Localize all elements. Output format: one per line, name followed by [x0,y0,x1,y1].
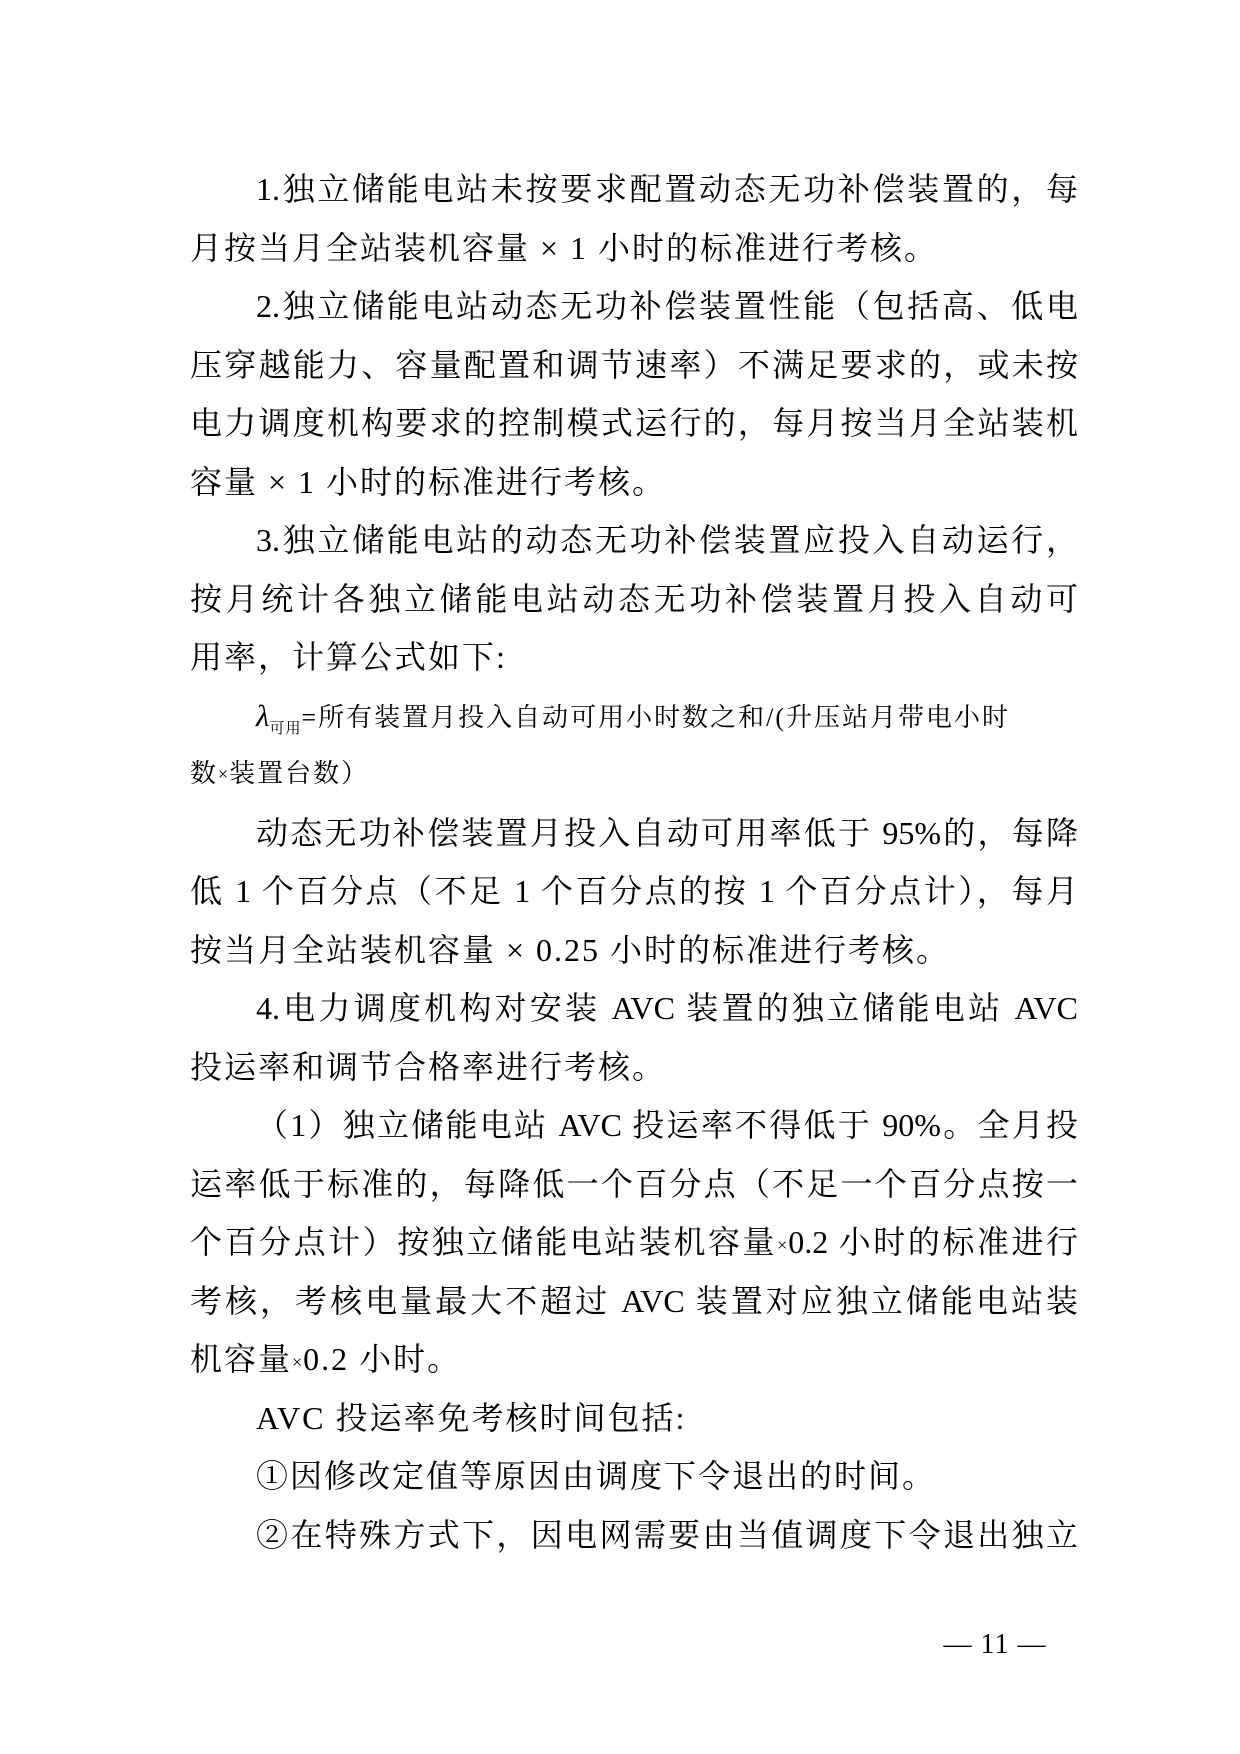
text-line: 2.独立储能电站动态无功补偿装置性能（包括高、低电 [190,283,1078,329]
text-segment: 按当月全站装机容量 × 0.25 小时的标准进行考核。 [190,932,950,968]
text-segment: 动态无功补偿装置月投入自动可用率低于 95%的，每降 [256,815,1078,851]
text-segment: 运率低于标准的，每降低一个百分点（不足一个百分点按一 [190,1166,1078,1202]
text-segment: 0.2 小时的标准进行 [788,1224,1078,1260]
text-line: 机容量×0.2 小时。 [190,1336,1078,1382]
text-line: 考核，考核电量最大不超过 AVC 装置对应独立储能电站装 [190,1278,1078,1324]
text-segment: 容量 × 1 小时的标准进行考核。 [190,464,666,500]
text-segment: 0.2 小时。 [303,1341,461,1377]
text-line: 投运率和调节合格率进行考核。 [190,1044,1078,1090]
text-line: （1）独立储能电站 AVC 投运率不得低于 90%。全月投 [190,1102,1078,1148]
text-line: 数×装置台数） [190,751,1078,797]
text-segment: 个百分点计）按独立储能电站装机容量 [190,1224,777,1260]
text-segment: 压穿越能力、容量配置和调节速率）不满足要求的，或未按 [190,347,1078,383]
text-segment: 装置台数） [229,759,369,788]
text-segment: 投运率和调节合格率进行考核。 [190,1049,666,1085]
text-line: 1.独立储能电站未按要求配置动态无功补偿装置的，每 [190,166,1078,212]
text-line: 按月统计各独立储能电站动态无功补偿装置月投入自动可 [190,576,1078,622]
text-line: 4.电力调度机构对安装 AVC 装置的独立储能电站 AVC [190,985,1078,1031]
text-segment: 机容量 [190,1341,292,1377]
text-line: 个百分点计）按独立储能电站装机容量×0.2 小时的标准进行 [190,1219,1078,1265]
text-segment: 考核，考核电量最大不超过 AVC 装置对应独立储能电站装 [190,1283,1078,1319]
text-block: 1.独立储能电站未按要求配置动态无功补偿装置的，每月按当月全站装机容量 × 1 … [0,0,1240,1754]
text-segment: 4.电力调度机构对安装 AVC 装置的独立储能电站 AVC [256,990,1078,1026]
text-line: 电力调度机构要求的控制模式运行的，每月按当月全站装机 [190,400,1078,446]
text-segment: 低 1 个百分点（不足 1 个百分点的按 1 个百分点计），每月 [190,873,1078,909]
text-line: λ可用=所有装置月投入自动可用小时数之和/(升压站月带电小时 [190,693,1078,739]
text-line: 容量 × 1 小时的标准进行考核。 [190,459,1078,505]
text-line: 动态无功补偿装置月投入自动可用率低于 95%的，每降 [190,810,1078,856]
text-segment: AVC 投运率免考核时间包括: [256,1400,686,1436]
text-segment: 3.独立储能电站的动态无功补偿装置应投入自动运行， [256,522,1078,558]
text-segment: 月按当月全站装机容量 × 1 小时的标准进行考核。 [190,230,938,266]
text-line: 低 1 个百分点（不足 1 个百分点的按 1 个百分点计），每月 [190,868,1078,914]
text-line: 运率低于标准的，每降低一个百分点（不足一个百分点按一 [190,1161,1078,1207]
text-line: 月按当月全站装机容量 × 1 小时的标准进行考核。 [190,225,1078,271]
text-segment: ①因修改定值等原因由调度下令退出的时间。 [256,1458,936,1494]
text-segment: 按月统计各独立储能电站动态无功补偿装置月投入自动可 [190,581,1078,617]
text-segment: 用率，计算公式如下: [190,639,507,675]
text-segment: 电力调度机构要求的控制模式运行的，每月按当月全站装机 [190,405,1078,441]
text-line: 压穿越能力、容量配置和调节速率）不满足要求的，或未按 [190,342,1078,388]
text-line: ①因修改定值等原因由调度下令退出的时间。 [190,1453,1078,1499]
text-line: ②在特殊方式下，因电网需要由当值调度下令退出独立 [190,1512,1078,1558]
text-line: 按当月全站装机容量 × 0.25 小时的标准进行考核。 [190,927,1078,973]
text-segment: ②在特殊方式下，因电网需要由当值调度下令退出独立 [256,1517,1078,1553]
text-segment: （1）独立储能电站 AVC 投运率不得低于 90%。全月投 [256,1107,1078,1143]
text-line: 3.独立储能电站的动态无功补偿装置应投入自动运行， [190,517,1078,563]
text-line: 用率，计算公式如下: [190,634,1078,680]
multiplication-sign-icon: × [292,1352,303,1372]
multiplication-sign-icon: × [777,1235,788,1255]
text-segment: =所有装置月投入自动可用小时数之和/(升压站月带电小时 [301,703,1010,732]
text-line: AVC 投运率免考核时间包括: [190,1395,1078,1441]
text-segment: 数 [190,759,218,788]
document-page: 1.独立储能电站未按要求配置动态无功补偿装置的，每月按当月全站装机容量 × 1 … [0,0,1240,1754]
multiplication-sign-icon: × [218,764,229,784]
page-number: — 11 — [920,1629,1070,1661]
text-segment: 1.独立储能电站未按要求配置动态无功补偿装置的，每 [256,171,1078,207]
lambda-subscript: 可用 [269,721,301,737]
text-segment: 2.独立储能电站动态无功补偿装置性能（包括高、低电 [256,288,1078,324]
lambda-symbol: λ [256,698,269,733]
